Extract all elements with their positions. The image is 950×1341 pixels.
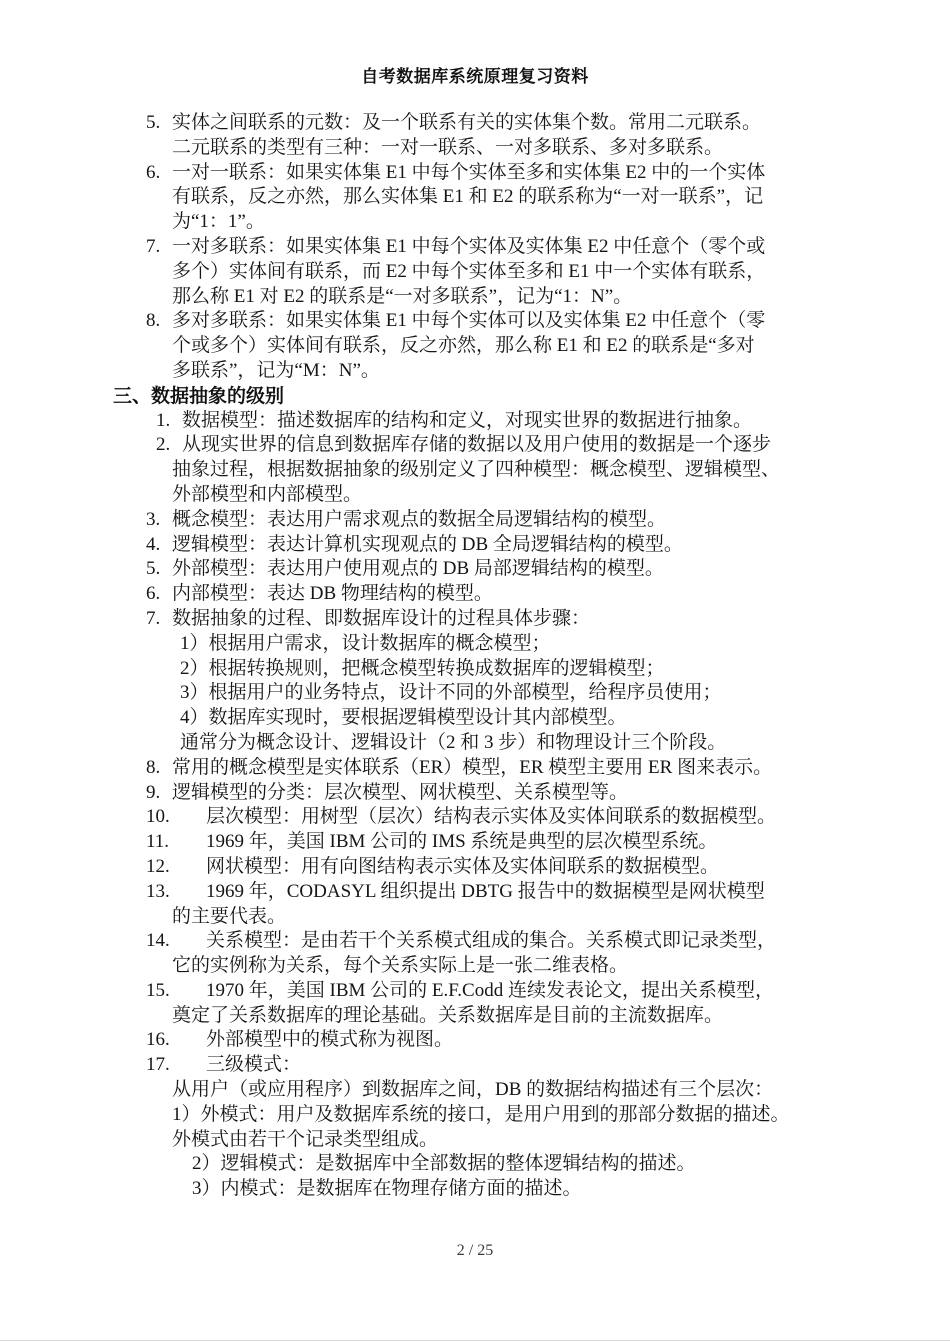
line-text: 一对一联系：如果实体集 E1 中每个实体至多和实体集 E2 中的一个实体 xyxy=(172,162,765,183)
list-number: 11. xyxy=(146,830,206,855)
list-number: 6. xyxy=(146,161,172,186)
line-text: 1）外模式：用户及数据库系统的接口，是用户用到的那部分数据的描述。 xyxy=(172,1104,790,1125)
text-line: 3）根据用户的业务特点，设计不同的外部模型，给程序员使用； xyxy=(180,681,816,706)
text-line: 9.逻辑模型的分类：层次模型、网状模型、关系模型等。 xyxy=(146,781,816,806)
line-text: 多对多联系：如果实体集 E1 中每个实体可以及实体集 E2 中任意个（零 xyxy=(172,310,765,331)
text-line: 12.网状模型：用有向图结构表示实体及实体间联系的数据模型。 xyxy=(146,855,816,880)
text-line: 有联系，反之亦然，那么实体集 E1 和 E2 的联系称为“一对一联系”，记 xyxy=(172,185,816,210)
text-line: 4.逻辑模型：表达计算机实现观点的 DB 全局逻辑结构的模型。 xyxy=(146,533,816,558)
line-text: 1）根据用户需求，设计数据库的概念模型； xyxy=(180,633,551,654)
line-text: 那么称 E1 对 E2 的联系是“一对多联系”，记为“1：N”。 xyxy=(172,286,632,307)
text-line: 3.概念模型：表达用户需求观点的数据全局逻辑结构的模型。 xyxy=(146,508,816,533)
line-text: 通常分为概念设计、逻辑设计（2 和 3 步）和物理设计三个阶段。 xyxy=(180,732,726,753)
line-text: 关系模型：是由若干个关系模式组成的集合。关系模式即记录类型， xyxy=(206,930,776,951)
line-text: 的主要代表。 xyxy=(172,906,286,927)
page-number: 2 / 25 xyxy=(0,1242,950,1260)
text-line: 7.数据抽象的过程、即数据库设计的过程具体步骤： xyxy=(146,607,816,632)
list-number: 7. xyxy=(146,235,172,260)
text-line: 5.实体之间联系的元数：及一个联系有关的实体集个数。常用二元联系。 xyxy=(146,111,816,136)
line-text: 外部模型和内部模型。 xyxy=(172,484,362,505)
line-text: 外部模型：表达用户使用观点的 DB 局部逻辑结构的模型。 xyxy=(172,558,664,579)
line-text: 实体之间联系的元数：及一个联系有关的实体集个数。常用二元联系。 xyxy=(172,112,761,133)
text-line: 个或多个）实体间有联系，反之亦然，那么称 E1 和 E2 的联系是“多对 xyxy=(172,334,816,359)
document-page: 自考数据库系统原理复习资料 5.实体之间联系的元数：及一个联系有关的实体集个数。… xyxy=(0,0,950,1341)
line-text: 内部模型：表达 DB 物理结构的模型。 xyxy=(172,583,493,604)
text-line: 外部模型和内部模型。 xyxy=(172,483,816,508)
list-number: 5. xyxy=(146,111,172,136)
line-text: 2）根据转换规则，把概念模型转换成数据库的逻辑模型； xyxy=(180,658,665,679)
line-text: 从现实世界的信息到数据库存储的数据以及用户使用的数据是一个逐步 xyxy=(182,434,771,455)
line-text: 外模式由若干个记录类型组成。 xyxy=(172,1129,438,1150)
line-text: 从用户（或应用程序）到数据库之间，DB 的数据结构描述有三个层次： xyxy=(172,1079,773,1100)
list-number: 13. xyxy=(146,880,206,905)
text-line: 5.外部模型：表达用户使用观点的 DB 局部逻辑结构的模型。 xyxy=(146,557,816,582)
text-line: 8.常用的概念模型是实体联系（ER）模型，ER 模型主要用 ER 图来表示。 xyxy=(146,756,816,781)
list-number: 3. xyxy=(146,508,172,533)
text-line: 17.三级模式： xyxy=(146,1053,816,1078)
text-line: 11.1969 年，美国 IBM 公司的 IMS 系统是典型的层次模型系统。 xyxy=(146,830,816,855)
line-text: 逻辑模型：表达计算机实现观点的 DB 全局逻辑结构的模型。 xyxy=(172,534,683,555)
text-line: 14.关系模型：是由若干个关系模式组成的集合。关系模式即记录类型， xyxy=(146,929,816,954)
text-line: 4）数据库实现时，要根据逻辑模型设计其内部模型。 xyxy=(180,706,816,731)
text-line: 多个）实体间有联系，而 E2 中每个实体至多和 E1 中一个实体有联系， xyxy=(172,260,816,285)
line-text: 1970 年，美国 IBM 公司的 E.F.Codd 连续发表论文，提出关系模型… xyxy=(206,980,774,1001)
text-line: 抽象过程，根据数据抽象的级别定义了四种模型：概念模型、逻辑模型、 xyxy=(172,458,816,483)
line-text: 它的实例称为关系，每个关系实际上是一张二维表格。 xyxy=(172,955,628,976)
text-line: 那么称 E1 对 E2 的联系是“一对多联系”，记为“1：N”。 xyxy=(172,285,816,310)
line-text: 数据模型：描述数据库的结构和定义，对现实世界的数据进行抽象。 xyxy=(182,410,752,431)
list-number: 16. xyxy=(146,1028,206,1053)
line-text: 一对多联系：如果实体集 E1 中每个实体及实体集 E2 中任意个（零个或 xyxy=(172,236,765,257)
text-line: 1）根据用户需求，设计数据库的概念模型； xyxy=(180,632,816,657)
text-line: 1.数据模型：描述数据库的结构和定义，对现实世界的数据进行抽象。 xyxy=(156,409,816,434)
text-line: 它的实例称为关系，每个关系实际上是一张二维表格。 xyxy=(172,954,816,979)
line-text: 4）数据库实现时，要根据逻辑模型设计其内部模型。 xyxy=(180,707,627,728)
list-number: 2. xyxy=(156,433,182,458)
text-line: 多联系”，记为“M：N”。 xyxy=(172,359,816,384)
line-text: 三、数据抽象的级别 xyxy=(113,385,284,407)
line-text: 3）根据用户的业务特点，设计不同的外部模型，给程序员使用； xyxy=(180,682,722,703)
text-line: 二元联系的类型有三种：一对一联系、一对多联系、多对多联系。 xyxy=(172,136,816,161)
list-number: 4. xyxy=(146,533,172,558)
line-text: 数据抽象的过程、即数据库设计的过程具体步骤： xyxy=(172,608,590,629)
list-number: 7. xyxy=(146,607,172,632)
list-number: 1. xyxy=(156,409,182,434)
line-text: 二元联系的类型有三种：一对一联系、一对多联系、多对多联系。 xyxy=(172,137,723,158)
document-title: 自考数据库系统原理复习资料 xyxy=(0,62,950,87)
text-line: 6.内部模型：表达 DB 物理结构的模型。 xyxy=(146,582,816,607)
line-text: 逻辑模型的分类：层次模型、网状模型、关系模型等。 xyxy=(172,782,628,803)
line-text: 1969 年，美国 IBM 公司的 IMS 系统是典型的层次模型系统。 xyxy=(206,831,717,852)
line-text: 外部模型中的模式称为视图。 xyxy=(206,1029,453,1050)
text-line: 10.层次模型：用树型（层次）结构表示实体及实体间联系的数据模型。 xyxy=(146,805,816,830)
text-line: 13.1969 年，CODASYL 组织提出 DBTG 报告中的数据模型是网状模… xyxy=(146,880,816,905)
text-line: 6.一对一联系：如果实体集 E1 中每个实体至多和实体集 E2 中的一个实体 xyxy=(146,161,816,186)
text-line: 2）根据转换规则，把概念模型转换成数据库的逻辑模型； xyxy=(180,657,816,682)
text-line: 的主要代表。 xyxy=(172,905,816,930)
line-text: 多个）实体间有联系，而 E2 中每个实体至多和 E1 中一个实体有联系， xyxy=(172,261,765,282)
text-line: 2.从现实世界的信息到数据库存储的数据以及用户使用的数据是一个逐步 xyxy=(156,433,816,458)
list-number: 10. xyxy=(146,805,206,830)
text-line: 从用户（或应用程序）到数据库之间，DB 的数据结构描述有三个层次： xyxy=(172,1078,816,1103)
list-number: 17. xyxy=(146,1053,206,1078)
line-text: 层次模型：用树型（层次）结构表示实体及实体间联系的数据模型。 xyxy=(206,806,776,827)
line-text: 2）逻辑模式：是数据库中全部数据的整体逻辑结构的描述。 xyxy=(192,1153,696,1174)
line-text: 奠定了关系数据库的理论基础。关系数据库是目前的主流数据库。 xyxy=(172,1005,723,1026)
document-body: 5.实体之间联系的元数：及一个联系有关的实体集个数。常用二元联系。 二元联系的类… xyxy=(146,111,816,1202)
text-line: 奠定了关系数据库的理论基础。关系数据库是目前的主流数据库。 xyxy=(172,1004,816,1029)
list-number: 6. xyxy=(146,582,172,607)
line-text: 为“1：1”。 xyxy=(172,211,265,232)
text-line: 外模式由若干个记录类型组成。 xyxy=(172,1128,816,1153)
text-line: 通常分为概念设计、逻辑设计（2 和 3 步）和物理设计三个阶段。 xyxy=(180,731,816,756)
list-number: 15. xyxy=(146,979,206,1004)
text-line: 16.外部模型中的模式称为视图。 xyxy=(146,1028,816,1053)
line-text: 网状模型：用有向图结构表示实体及实体间联系的数据模型。 xyxy=(206,856,719,877)
line-text: 抽象过程，根据数据抽象的级别定义了四种模型：概念模型、逻辑模型、 xyxy=(172,459,780,480)
text-line: 为“1：1”。 xyxy=(172,210,816,235)
text-line: 1）外模式：用户及数据库系统的接口，是用户用到的那部分数据的描述。 xyxy=(172,1103,816,1128)
text-line: 2）逻辑模式：是数据库中全部数据的整体逻辑结构的描述。 xyxy=(192,1152,816,1177)
text-line: 15.1970 年，美国 IBM 公司的 E.F.Codd 连续发表论文，提出关… xyxy=(146,979,816,1004)
line-text: 3）内模式：是数据库在物理存储方面的描述。 xyxy=(192,1178,582,1199)
list-number: 8. xyxy=(146,309,172,334)
line-text: 有联系，反之亦然，那么实体集 E1 和 E2 的联系称为“一对一联系”，记 xyxy=(172,186,763,207)
list-number: 5. xyxy=(146,557,172,582)
list-number: 8. xyxy=(146,756,172,781)
line-text: 常用的概念模型是实体联系（ER）模型，ER 模型主要用 ER 图来表示。 xyxy=(172,757,772,778)
section-heading: 三、数据抽象的级别 xyxy=(113,384,816,409)
line-text: 三级模式： xyxy=(206,1054,301,1075)
line-text: 个或多个）实体间有联系，反之亦然，那么称 E1 和 E2 的联系是“多对 xyxy=(172,335,755,356)
line-text: 多联系”，记为“M：N”。 xyxy=(172,360,380,381)
list-number: 12. xyxy=(146,855,206,880)
text-line: 3）内模式：是数据库在物理存储方面的描述。 xyxy=(192,1177,816,1202)
text-line: 8.多对多联系：如果实体集 E1 中每个实体可以及实体集 E2 中任意个（零 xyxy=(146,309,816,334)
line-text: 概念模型：表达用户需求观点的数据全局逻辑结构的模型。 xyxy=(172,509,666,530)
line-text: 1969 年，CODASYL 组织提出 DBTG 报告中的数据模型是网状模型 xyxy=(206,881,765,902)
list-number: 14. xyxy=(146,929,206,954)
list-number: 9. xyxy=(146,781,172,806)
text-line: 7.一对多联系：如果实体集 E1 中每个实体及实体集 E2 中任意个（零个或 xyxy=(146,235,816,260)
